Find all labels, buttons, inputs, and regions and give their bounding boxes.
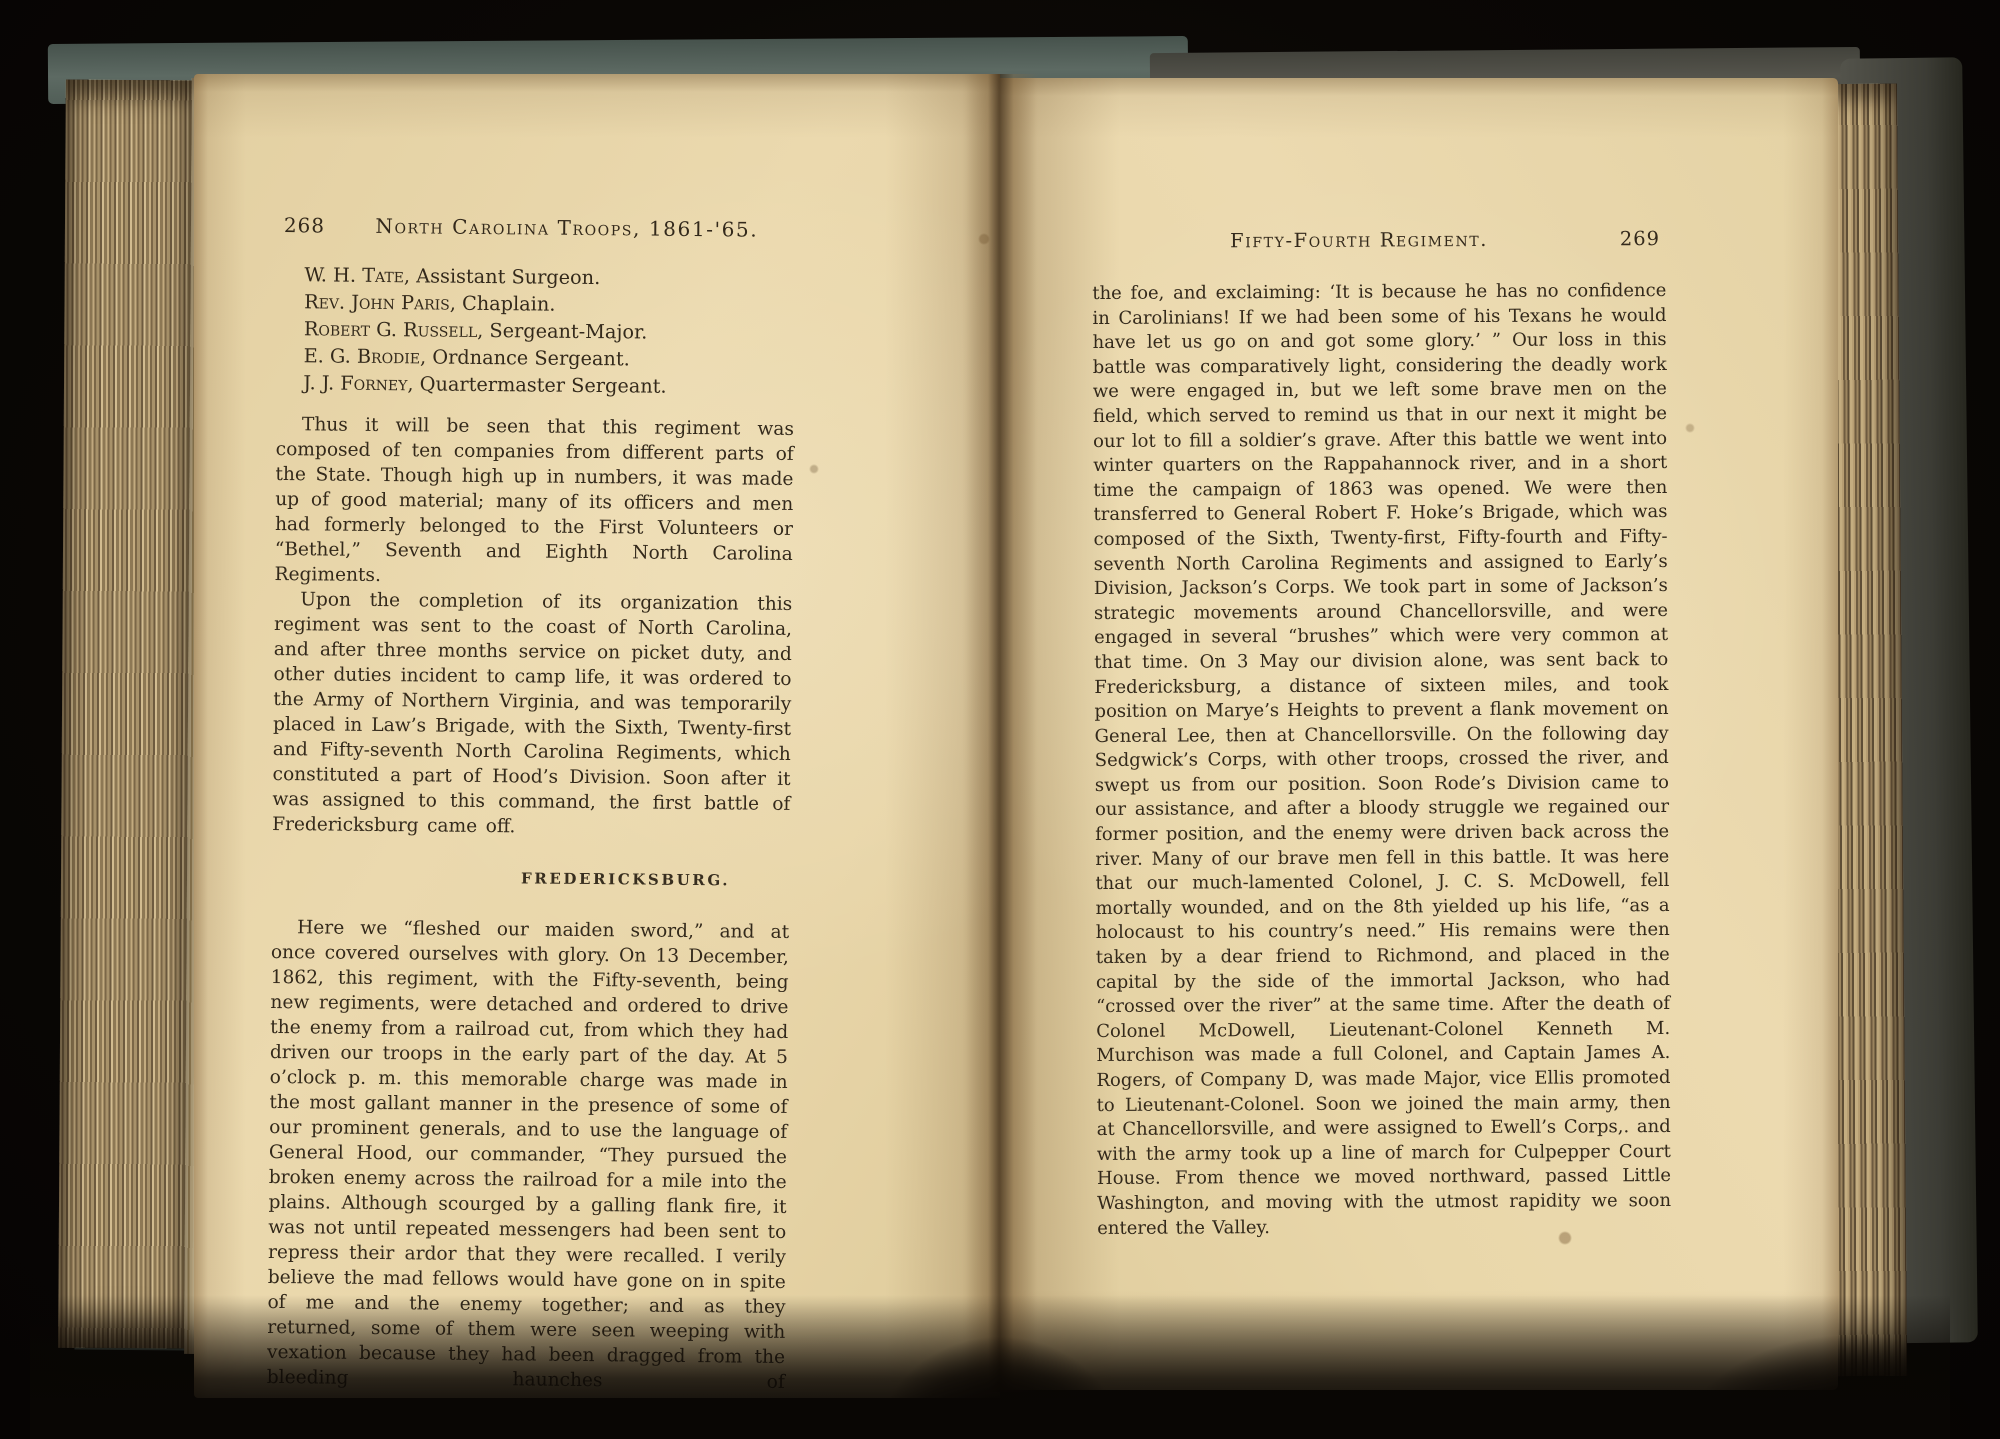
officer-entry: J. J. Forney, Quartermaster Sergeant. bbox=[303, 369, 794, 401]
page-right-header: Fifty-Fourth Regiment. 269 bbox=[1092, 227, 1666, 258]
officer-role: , Ordnance Sergeant. bbox=[420, 345, 630, 370]
officer-list: W. H. Tate, Assistant Surgeon. Rev. John… bbox=[303, 261, 795, 401]
running-head-left: North Carolina Troops, 1861-'65. bbox=[338, 214, 796, 242]
body-paragraph: Upon the completion of its organization … bbox=[272, 587, 792, 842]
book-gutter bbox=[962, 74, 1038, 1392]
page-number-left: 268 bbox=[284, 213, 325, 237]
page-number-right: 269 bbox=[1620, 227, 1660, 250]
section-heading: FREDERICKSBURG. bbox=[367, 868, 885, 891]
officer-role: , Quartermaster Sergeant. bbox=[407, 372, 666, 397]
officer-role: , Chaplain. bbox=[450, 292, 556, 316]
officer-name: Robert G. Russell bbox=[304, 317, 478, 342]
officer-name: J. J. Forney bbox=[303, 371, 407, 395]
officer-name: E. G. Brodie bbox=[304, 344, 421, 368]
page-left-header: 268 North Carolina Troops, 1861-'65. bbox=[278, 213, 796, 248]
page-right-content: Fifty-Fourth Regiment. 269 the foe, and … bbox=[1092, 227, 1671, 1241]
fore-edge-page-stack-left bbox=[58, 80, 196, 1349]
officer-name: W. H. Tate bbox=[304, 263, 404, 287]
running-head-right: Fifty-Fourth Regiment. bbox=[1092, 227, 1626, 253]
officer-name: Rev. John Paris bbox=[304, 290, 450, 314]
page-left-content: 268 North Carolina Troops, 1861-'65. W. … bbox=[267, 213, 796, 1395]
body-paragraph: the foe, and exclaiming: ‘It is because … bbox=[1092, 279, 1671, 1241]
bottom-vignette-shadow bbox=[30, 1295, 1950, 1439]
body-paragraph: Thus it will be seen that this regiment … bbox=[274, 412, 794, 592]
officer-role: , Assistant Surgeon. bbox=[404, 264, 601, 289]
officer-role: , Sergeant-Major. bbox=[477, 319, 647, 344]
